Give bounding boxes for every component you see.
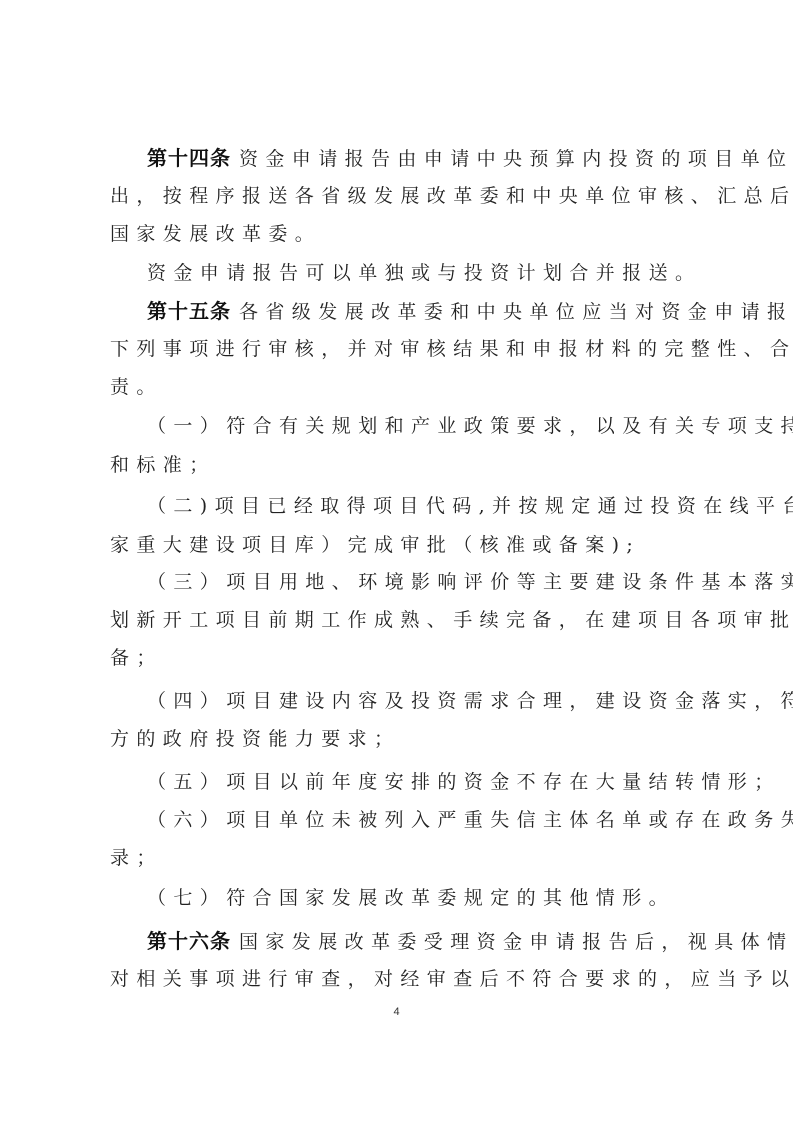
list-item-line: 家重大建设项目库）完成审批（核准或备案);: [110, 533, 640, 557]
list-item-line: （五）项目以前年度安排的资金不存在大量结转情形；: [147, 770, 781, 794]
article-heading: 第十五条: [147, 299, 231, 323]
text-line: 责。: [110, 375, 163, 399]
list-item-line: （四）项目建设内容及投资需求合理，建设资金落实，符合地: [147, 689, 793, 713]
list-item-line: 方的政府投资能力要求；: [110, 727, 400, 751]
list-item-line: （三）项目用地、环境影响评价等主要建设条件基本落实，计: [147, 570, 793, 594]
text-line: 资金申请报告可以单独或与投资计划合并报送。: [147, 261, 701, 285]
list-item-line: （七）符合国家发展改革委规定的其他情形。: [147, 886, 675, 910]
text-line: 国家发展改革委。: [110, 222, 321, 246]
list-item-line: 和标准；: [110, 453, 216, 477]
list-item-line: （六）项目单位未被列入严重失信主体名单或存在政务失信记: [147, 808, 793, 832]
list-item-line: 划新开工项目前期工作成熟、手续完备，在建项目各项审批手续完: [110, 608, 793, 632]
list-item-line: （二)项目已经取得项目代码,并按规定通过投资在线平台(国: [147, 494, 793, 518]
text-line: 第十六条国家发展改革委受理资金申请报告后，视具体情况: [147, 929, 793, 954]
text-line: 第十四条资金申请报告由申请中央预算内投资的项目单位提: [147, 146, 793, 171]
list-item-line: （一）符合有关规划和产业政策要求，以及有关专项支持范围: [147, 414, 793, 438]
page-number: 4: [0, 1006, 793, 1018]
text-line: 对相关事项进行审查，对经审查后不符合要求的，应当予以退回或: [110, 967, 793, 991]
text-line: 下列事项进行审核，并对审核结果和申报材料的完整性、合规性负: [110, 337, 793, 361]
article-heading: 第十六条: [147, 929, 231, 953]
list-item-line: 录；: [110, 846, 163, 870]
text-line: 第十五条各省级发展改革委和中央单位应当对资金申请报告: [147, 299, 793, 324]
text-line: 出，按程序报送各省级发展改革委和中央单位审核、汇总后，报送: [110, 184, 793, 208]
list-item-line: 备；: [110, 646, 163, 670]
article-heading: 第十四条: [147, 146, 231, 170]
